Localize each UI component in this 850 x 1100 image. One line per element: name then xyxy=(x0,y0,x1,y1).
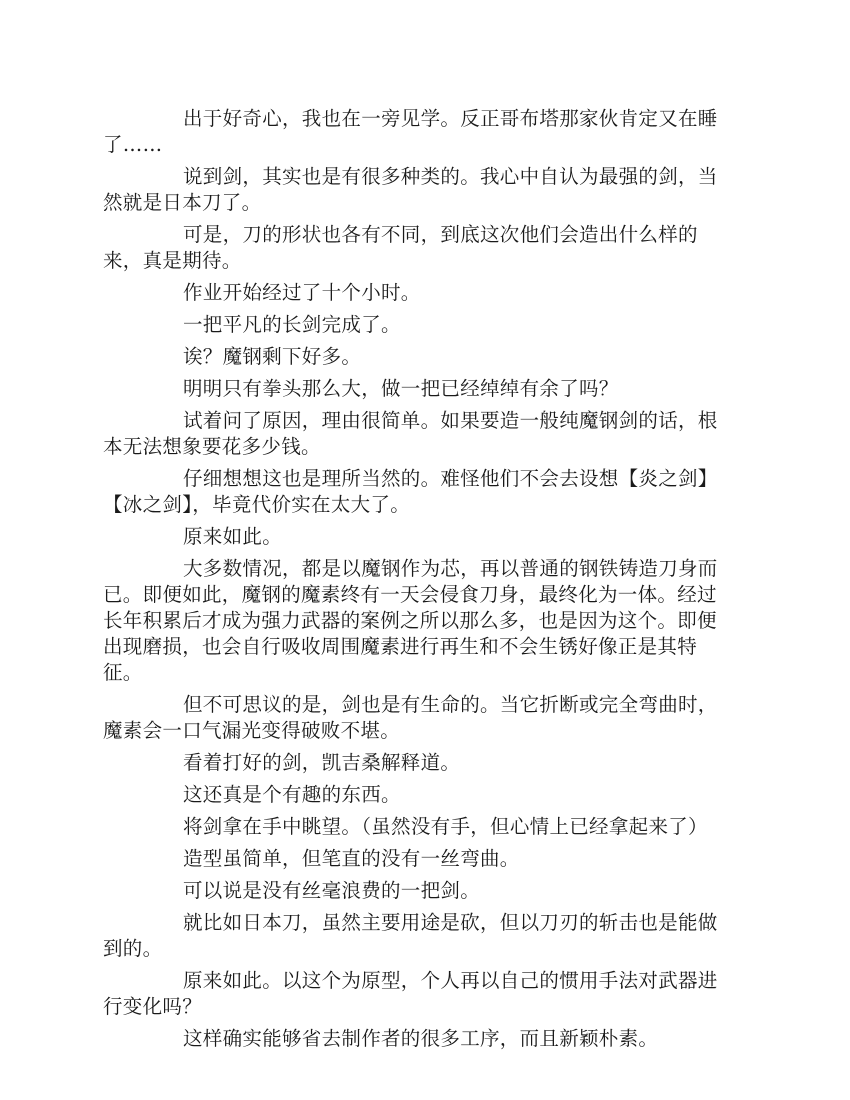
paragraph-line: 然就是日本刀了。 xyxy=(103,190,753,216)
paragraph-line: 长年积累后才成为强力武器的案例之所以那么多，也是因为这个。即便 xyxy=(103,608,753,634)
paragraph-line: 了…… xyxy=(103,132,753,158)
paragraph-line: 这还真是个有趣的东西。 xyxy=(103,782,753,808)
paragraph-1: 出于好奇心，我也在一旁见学。反正哥布塔那家伙肯定又在睡 了…… xyxy=(103,106,753,158)
paragraph-line: 本无法想象要花多少钱。 xyxy=(103,434,753,460)
paragraph-15: 将剑拿在手中眺望。（虽然没有手，但心情上已经拿起来了） xyxy=(103,814,753,840)
paragraph-line: 仔细想想这也是理所当然的。难怪他们不会去设想【炎之剑】 xyxy=(103,466,753,492)
paragraph-line: 将剑拿在手中眺望。（虽然没有手，但心情上已经拿起来了） xyxy=(103,814,753,840)
paragraph-5: 一把平凡的长剑完成了。 xyxy=(103,312,753,338)
paragraph-6: 诶？魔钢剩下好多。 xyxy=(103,344,753,370)
paragraph-line: 看着打好的剑，凯吉桑解释道。 xyxy=(103,750,753,776)
paragraph-line: 一把平凡的长剑完成了。 xyxy=(103,312,753,338)
paragraph-line: 已。即便如此，魔钢的魔素终有一天会侵食刀身，最终化为一体。经过 xyxy=(103,582,753,608)
paragraph-line: 造型虽简单，但笔直的没有一丝弯曲。 xyxy=(103,846,753,872)
paragraph-line: 行变化吗？ xyxy=(103,994,753,1020)
paragraph-19: 原来如此。以这个为原型，个人再以自己的惯用手法对武器进 行变化吗？ xyxy=(103,968,753,1020)
paragraph-10: 原来如此。 xyxy=(103,524,753,550)
paragraph-8: 试着问了原因，理由很简单。如果要造一般纯魔钢剑的话，根 本无法想象要花多少钱。 xyxy=(103,408,753,460)
paragraph-line: 说到剑，其实也是有很多种类的。我心中自认为最强的剑，当 xyxy=(103,164,753,190)
paragraph-16: 造型虽简单，但笔直的没有一丝弯曲。 xyxy=(103,846,753,872)
paragraph-line: 来，真是期待。 xyxy=(103,248,753,274)
paragraph-line: 作业开始经过了十个小时。 xyxy=(103,280,753,306)
paragraph-line: 诶？魔钢剩下好多。 xyxy=(103,344,753,370)
paragraph-17: 可以说是没有丝毫浪费的一把剑。 xyxy=(103,878,753,904)
paragraph-14: 这还真是个有趣的东西。 xyxy=(103,782,753,808)
paragraph-12: 但不可思议的是，剑也是有生命的。当它折断或完全弯曲时， 魔素会一口气漏光变得破败… xyxy=(103,692,753,744)
paragraph-line: 可以说是没有丝毫浪费的一把剑。 xyxy=(103,878,753,904)
paragraph-line: 大多数情况，都是以魔钢作为芯，再以普通的钢铁铸造刀身而 xyxy=(103,556,753,582)
paragraph-line: 魔素会一口气漏光变得破败不堪。 xyxy=(103,718,753,744)
paragraph-9: 仔细想想这也是理所当然的。难怪他们不会去设想【炎之剑】 【冰之剑】，毕竟代价实在… xyxy=(103,466,753,518)
paragraph-line: 就比如日本刀，虽然主要用途是砍，但以刀刃的斩击也是能做 xyxy=(103,910,753,936)
paragraph-line: 征。 xyxy=(103,660,753,686)
paragraph-line: 出于好奇心，我也在一旁见学。反正哥布塔那家伙肯定又在睡 xyxy=(103,106,753,132)
paragraph-13: 看着打好的剑，凯吉桑解释道。 xyxy=(103,750,753,776)
paragraph-18: 就比如日本刀，虽然主要用途是砍，但以刀刃的斩击也是能做 到的。 xyxy=(103,910,753,962)
paragraph-7: 明明只有拳头那么大，做一把已经绰绰有余了吗？ xyxy=(103,376,753,402)
paragraph-line: 这样确实能够省去制作者的很多工序，而且新颖朴素。 xyxy=(103,1026,753,1052)
paragraph-line: 原来如此。 xyxy=(103,524,753,550)
paragraph-line: 试着问了原因，理由很简单。如果要造一般纯魔钢剑的话，根 xyxy=(103,408,753,434)
paragraph-20: 这样确实能够省去制作者的很多工序，而且新颖朴素。 xyxy=(103,1026,753,1052)
paragraph-line: 可是，刀的形状也各有不同，到底这次他们会造出什么样的 xyxy=(103,222,753,248)
paragraph-3: 可是，刀的形状也各有不同，到底这次他们会造出什么样的 来，真是期待。 xyxy=(103,222,753,274)
paragraph-4: 作业开始经过了十个小时。 xyxy=(103,280,753,306)
paragraph-line: 到的。 xyxy=(103,936,753,962)
paragraph-line: 原来如此。以这个为原型，个人再以自己的惯用手法对武器进 xyxy=(103,968,753,994)
paragraph-line: 出现磨损，也会自行吸收周围魔素进行再生和不会生锈好像正是其特 xyxy=(103,634,753,660)
paragraph-11: 大多数情况，都是以魔钢作为芯，再以普通的钢铁铸造刀身而 已。即便如此，魔钢的魔素… xyxy=(103,556,753,686)
paragraph-line: 明明只有拳头那么大，做一把已经绰绰有余了吗？ xyxy=(103,376,753,402)
paragraph-line: 但不可思议的是，剑也是有生命的。当它折断或完全弯曲时， xyxy=(103,692,753,718)
paragraph-2: 说到剑，其实也是有很多种类的。我心中自认为最强的剑，当 然就是日本刀了。 xyxy=(103,164,753,216)
document-page: 出于好奇心，我也在一旁见学。反正哥布塔那家伙肯定又在睡 了…… 说到剑，其实也是… xyxy=(103,106,753,1058)
paragraph-line: 【冰之剑】，毕竟代价实在太大了。 xyxy=(103,492,753,518)
